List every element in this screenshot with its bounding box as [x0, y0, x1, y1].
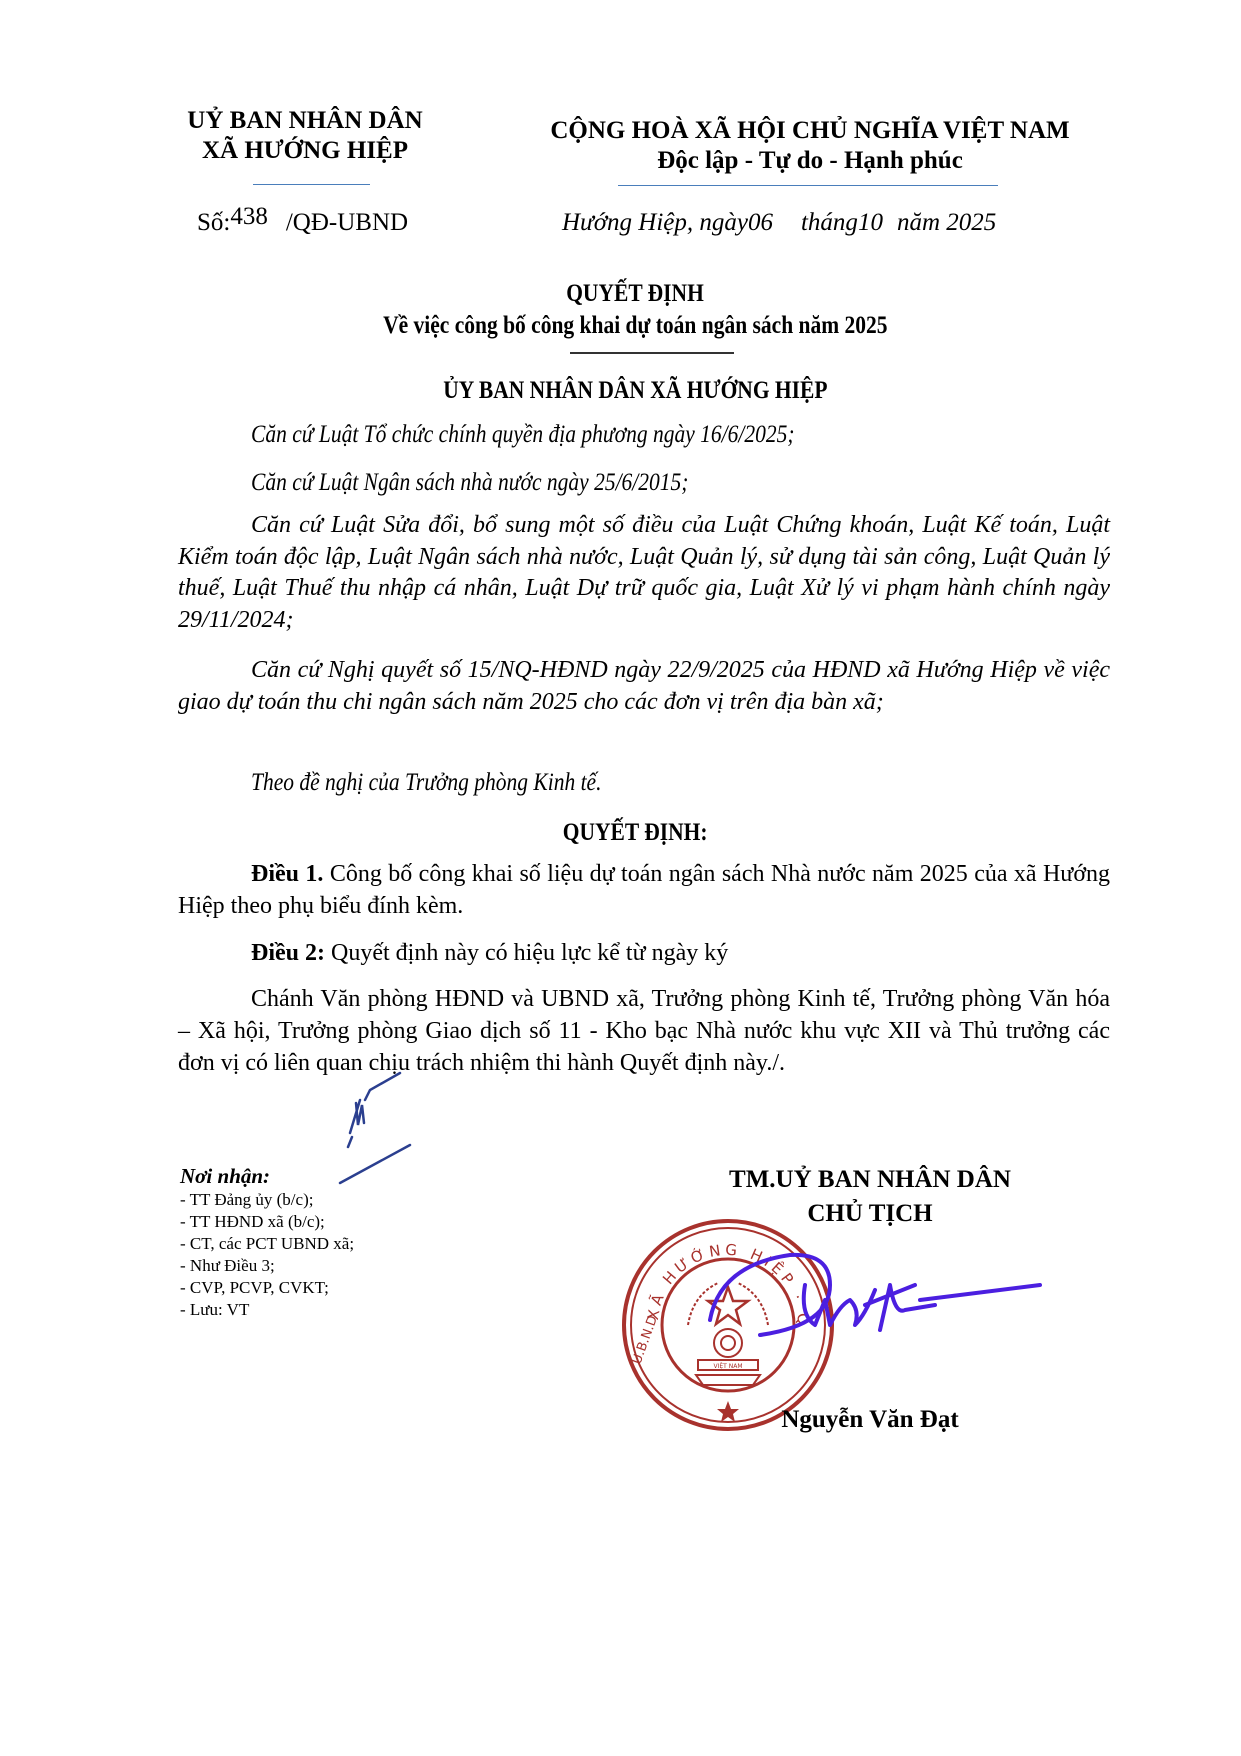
- country-name: CỘNG HOÀ XÃ HỘI CHỦ NGHĨA VIỆT NAM: [520, 116, 1100, 146]
- recipient-item: - TT HĐND xã (b/c);: [180, 1211, 354, 1233]
- preamble-item: Căn cứ Luật Sửa đổi, bổ sung một số điều…: [178, 510, 1110, 636]
- recipients-block: Nơi nhận: - TT Đảng ủy (b/c); - TT HĐND …: [180, 1163, 354, 1321]
- recipient-item: - Lưu: VT: [180, 1299, 354, 1321]
- signature-icon: [700, 1245, 1060, 1355]
- article-1: Điều 1. Công bố công khai số liệu dự toá…: [178, 858, 1110, 922]
- article-2-text: Quyết định này có hiệu lực kể từ ngày ký: [325, 940, 728, 966]
- recipient-item: - Như Điều 3;: [180, 1255, 354, 1277]
- title-underline: [570, 352, 734, 354]
- on-behalf-of: TM.UỶ BAN NHÂN DÂN: [690, 1163, 1050, 1197]
- article-2-label: Điều 2:: [251, 940, 325, 966]
- svg-text:VIỆT NAM: VIỆT NAM: [713, 1362, 742, 1370]
- recipient-item: - CT, các PCT UBND xã;: [180, 1233, 354, 1255]
- motto: Độc lập - Tự do - Hạnh phúc: [520, 146, 1100, 176]
- motto-underline: [618, 185, 998, 186]
- article-1-label: Điều 1.: [251, 861, 323, 887]
- preamble-item: Theo đề nghị của Trưởng phòng Kinh tế.: [251, 768, 659, 798]
- number-prefix: Số:: [197, 209, 230, 236]
- preamble-item: Căn cứ Luật Tổ chức chính quyền địa phươ…: [251, 420, 883, 450]
- number-value: 438: [230, 203, 268, 230]
- svg-text:U.B.N.D: U.B.N.D: [630, 1314, 661, 1367]
- number-suffix: /QĐ-UBND: [286, 209, 408, 236]
- doc-title: QUYẾT ĐỊNH: [566, 278, 704, 310]
- article-2: Điều 2: Quyết định này có hiệu lực kể từ…: [251, 938, 728, 968]
- issuer-line2: XÃ HƯỚNG HIỆP: [150, 136, 460, 166]
- authority-heading: ỦY BAN NHÂN DÂN XÃ HƯỚNG HIỆP: [170, 375, 1100, 407]
- decision-heading: QUYẾT ĐỊNH:: [170, 817, 1100, 849]
- issuer-block: UỶ BAN NHÂN DÂN XÃ HƯỚNG HIỆP: [150, 106, 460, 166]
- preamble-item: Căn cứ Nghị quyết số 15/NQ-HĐND ngày 22/…: [178, 655, 1110, 718]
- recipient-item: - CVP, PCVP, CVKT;: [180, 1277, 354, 1299]
- doc-subtitle: Về việc công bố công khai dự toán ngân s…: [383, 310, 887, 342]
- issuer-line1: UỶ BAN NHÂN DÂN: [150, 106, 460, 136]
- recipient-item: - TT Đảng ủy (b/c);: [180, 1189, 354, 1211]
- title-block: QUYẾT ĐỊNH Về việc công bố công khai dự …: [170, 278, 1100, 342]
- closing-paragraph: Chánh Văn phòng HĐND và UBND xã, Trưởng …: [178, 983, 1110, 1079]
- date-month: 10: [858, 209, 883, 236]
- place-date: Hướng Hiệp, ngày06tháng10năm 2025: [562, 208, 996, 238]
- document-number: Số:438/QĐ-UBND: [197, 208, 408, 238]
- preamble-item: Căn cứ Luật Ngân sách nhà nước ngày 25/6…: [251, 468, 760, 498]
- date-day: 06: [748, 209, 773, 236]
- national-motto-block: CỘNG HOÀ XÃ HỘI CHỦ NGHĨA VIỆT NAM Độc l…: [520, 116, 1100, 176]
- issuer-underline: [253, 184, 370, 185]
- signer-name: Nguyễn Văn Đạt: [690, 1405, 1050, 1435]
- recipients-heading: Nơi nhận:: [180, 1163, 354, 1189]
